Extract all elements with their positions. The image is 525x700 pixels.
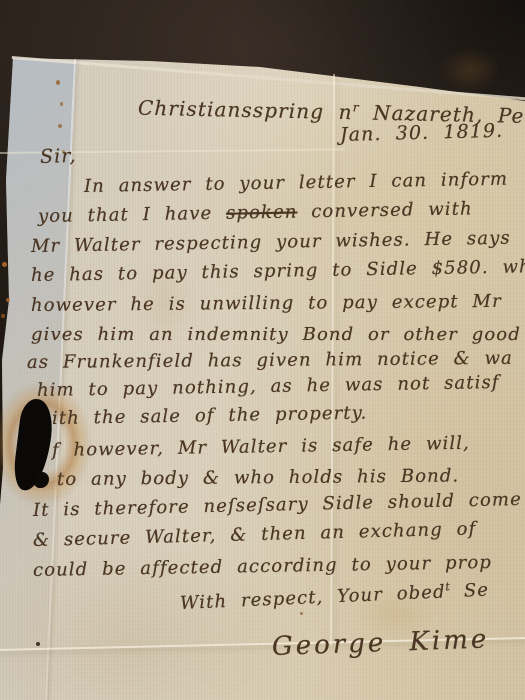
- ink-speck: [36, 642, 40, 646]
- body-line: to any body & who holds his Bond.: [57, 465, 459, 490]
- text-segment: Sir,: [40, 145, 77, 168]
- rust-speck: [2, 262, 7, 267]
- text-segment: Se: [450, 580, 490, 603]
- salutation-line: Sir,: [40, 145, 77, 168]
- text-segment: gives him an indemnity Bond or other goo…: [31, 324, 525, 345]
- foxing-speck: [56, 80, 60, 85]
- text-segment: conversed with: [297, 198, 473, 222]
- body-line: however he is unwilling to pay except Mr: [31, 291, 502, 316]
- foxing-speck: [58, 124, 62, 128]
- text-segment: Jan. 30. 1819.: [340, 120, 504, 146]
- letter-photograph: Christiansspring nr Nazareth, PenJan. 30…: [0, 0, 525, 700]
- rust-speck: [6, 298, 10, 302]
- struck-word: spoken: [226, 201, 298, 223]
- text-segment: as Frunkenfield has given him notice & w…: [27, 348, 513, 373]
- rust-speck: [1, 314, 5, 318]
- text-segment: however he is unwilling to pay except Mr: [31, 291, 502, 316]
- paper-stain: [430, 40, 510, 100]
- text-segment: you that I have: [38, 203, 226, 227]
- foxing-speck: [60, 102, 63, 106]
- ink-speck: [300, 612, 303, 615]
- text-segment: to any body & who holds his Bond.: [57, 465, 459, 490]
- body-line: gives him an indemnity Bond or other goo…: [31, 324, 525, 345]
- date-line-line: Jan. 30. 1819.: [340, 120, 504, 146]
- body-line: as Frunkenfield has given him notice & w…: [27, 348, 513, 373]
- text-segment: Christiansspring n: [138, 96, 353, 124]
